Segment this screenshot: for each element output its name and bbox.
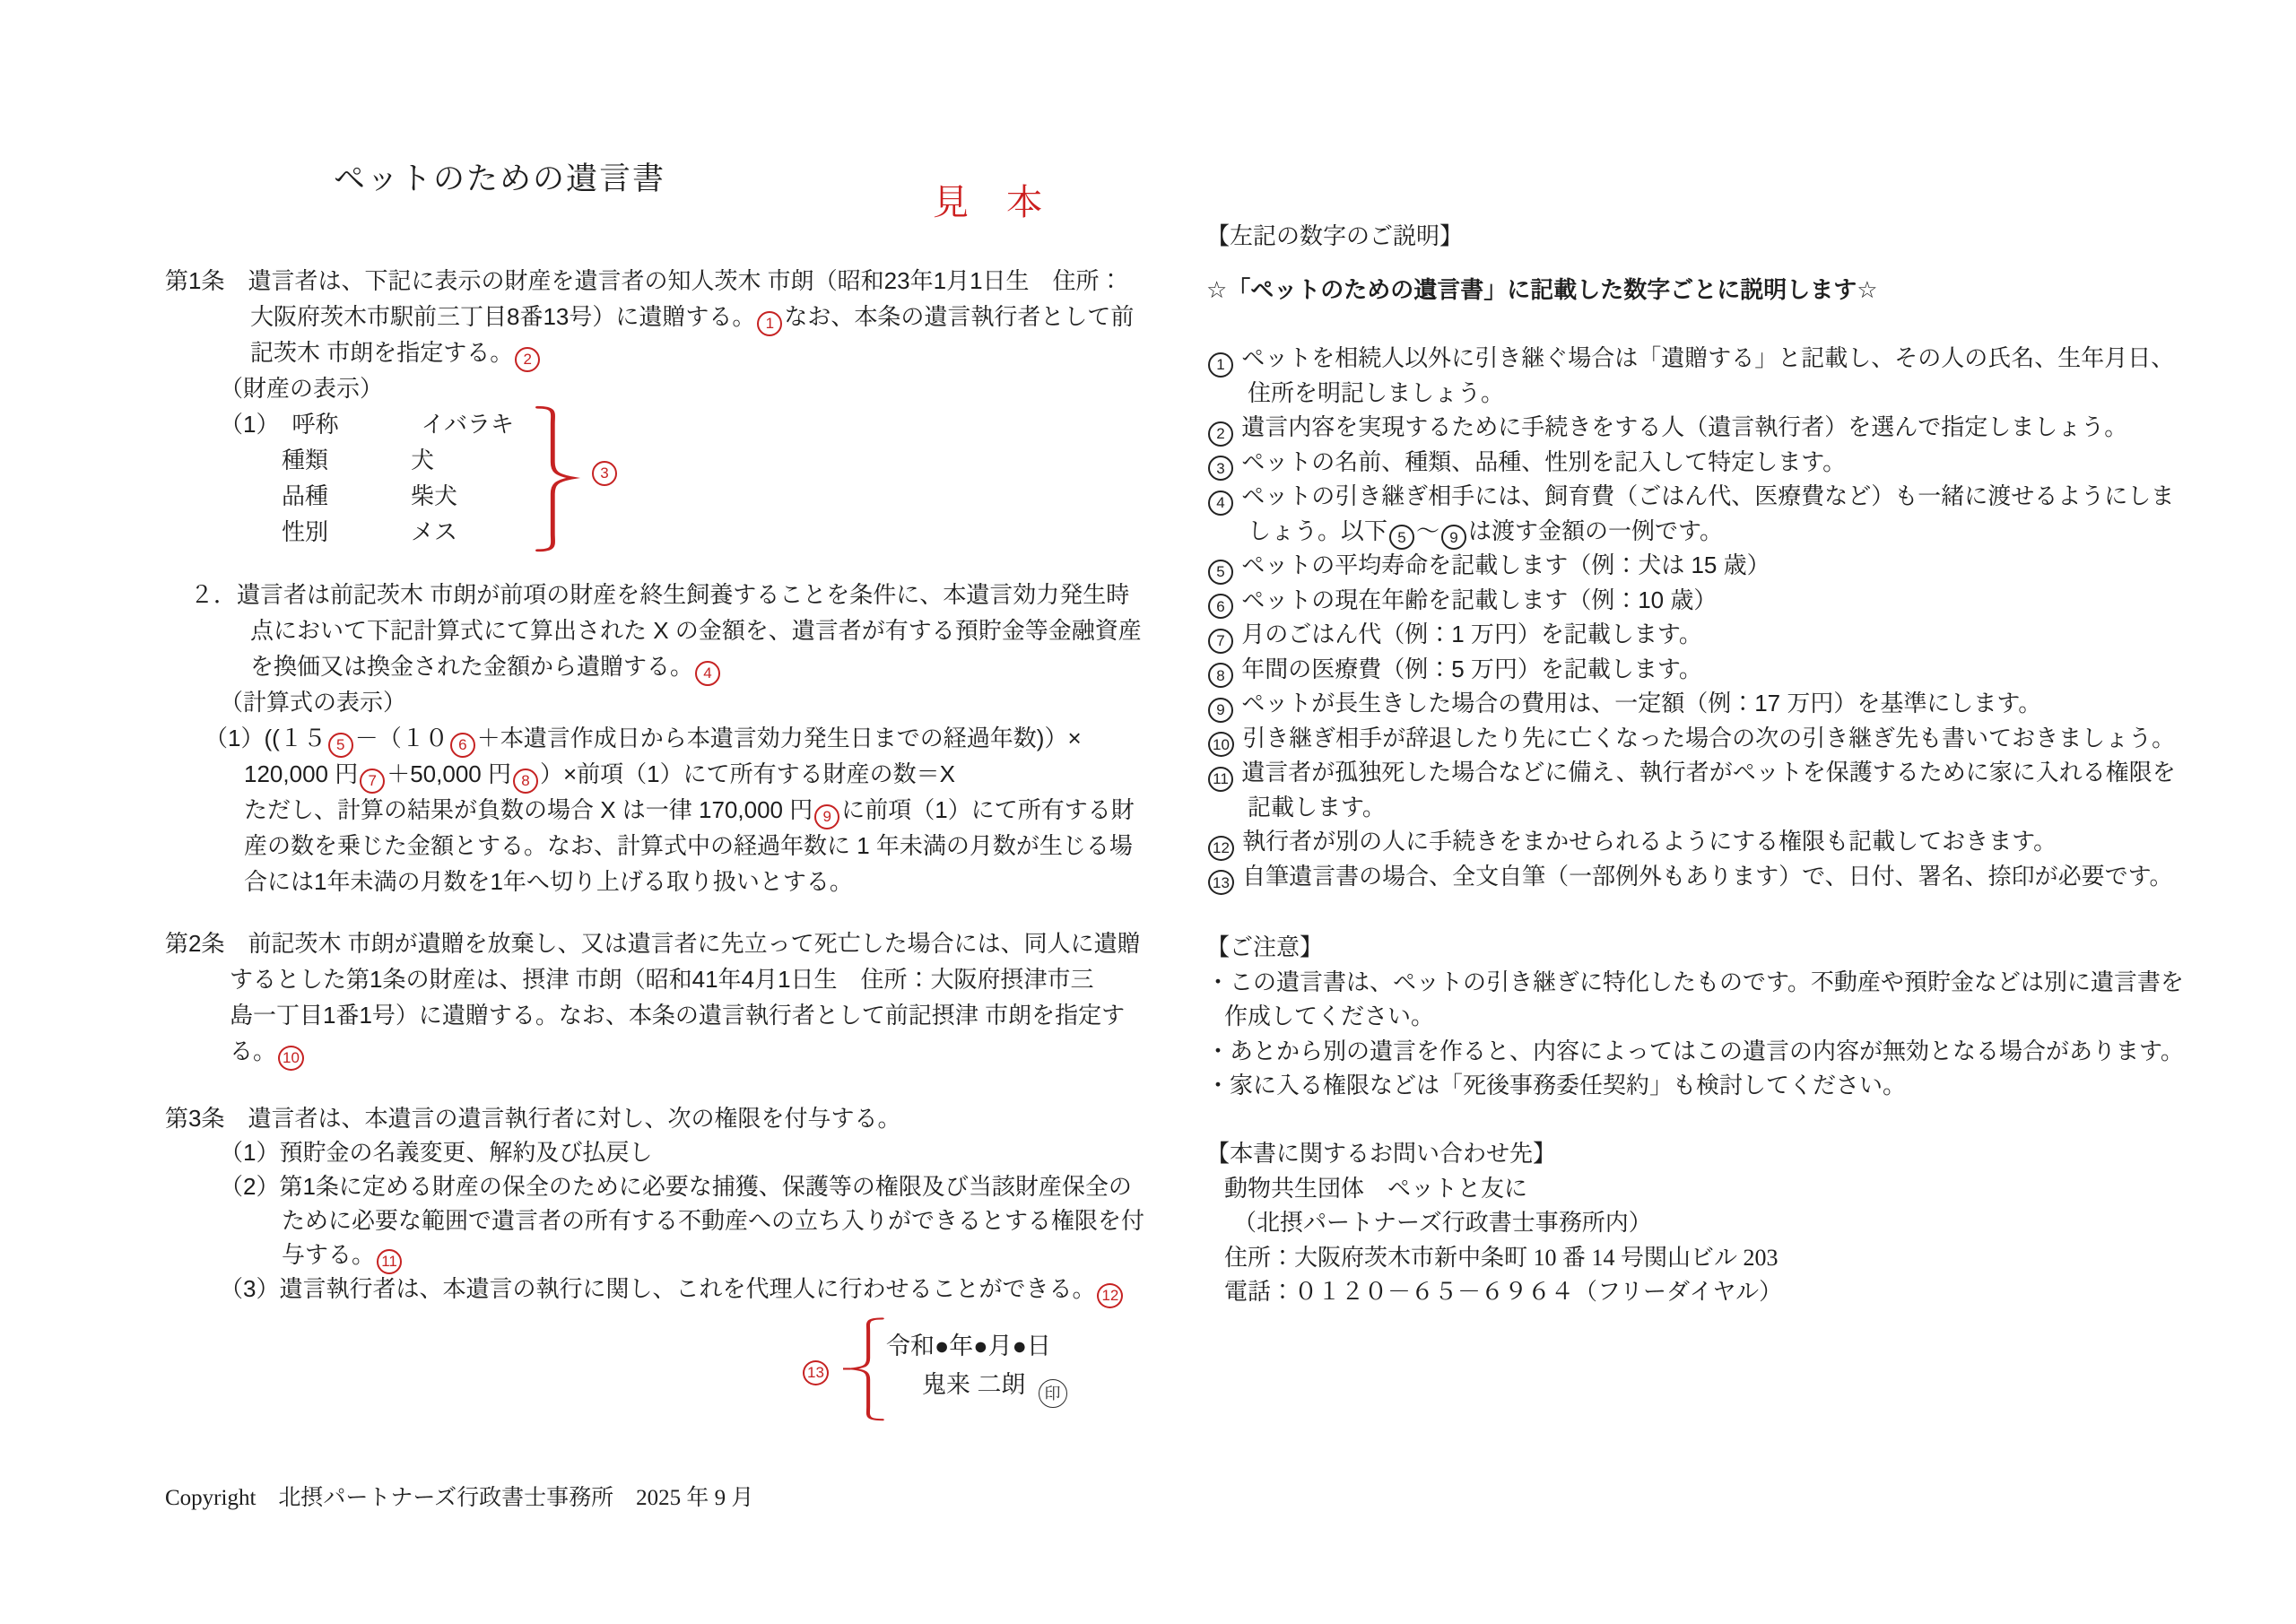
- text-line: 第1条 遺言者は、下記に表示の財産を遺言者の知人茨木 市朗（昭和23年1月1日生…: [165, 263, 1134, 299]
- text-line: ために必要な範囲で遺言者の所有する不動産への立ち入りができるとする権限を付: [282, 1203, 1144, 1238]
- text-line: 120,000 円7＋50,000 円8）×前項（1）にて所有する財産の数＝X: [244, 756, 1142, 792]
- text-line: するとした第1条の財産は、摂津 市朗（昭和41年4月1日生 住所：大阪府摂津市三: [230, 961, 1141, 997]
- sample-stamp: 見 本: [933, 174, 1043, 225]
- explanation-subheading: ☆「ペットのための遺言書」に記載した数字ごとに説明します☆: [1206, 273, 2238, 307]
- text-line: 2 遺言内容を実現するために手続きをする人（遺言執行者）を選んで指定しましょう。: [1206, 410, 2238, 445]
- text-line: 鬼来 二朗印: [922, 1366, 1069, 1404]
- text-line: ・家に入る権限などは「死後事務委任契約」も検討してください。: [1206, 1069, 2184, 1104]
- text-line: （財産の表示）: [220, 370, 1134, 406]
- circled-number: 4: [1208, 491, 1233, 516]
- contact-list: 動物共生団体 ペットと友に（北摂パートナーズ行政書士事務所内）住所：大阪府茨木市…: [1206, 1172, 1782, 1310]
- text-line: 4 ペットの引き継ぎ相手には、飼育費（ごはん代、医療費など）も一緒に渡せるように…: [1206, 479, 2238, 514]
- text-line: 5 ペットの平均寿命を記載します（例：犬は 15 歳）: [1206, 548, 2238, 583]
- text-line: しょう。以下5～9は渡す金額の一例です。: [1248, 514, 2238, 549]
- text-line: 10 引き継ぎ相手が辞退したり先に亡くなった場合の次の引き継ぎ先も書いておきまし…: [1206, 721, 2238, 756]
- text-line: ２．遺言者は前記茨木 市朗が前項の財産を終生飼養することを条件に、本遺言効力発生…: [190, 577, 1142, 612]
- circled-number: 1: [757, 311, 782, 336]
- text-line: ただし、計算の結果が負数の場合 X は一律 170,000 円9に前項（1）にて…: [244, 792, 1142, 828]
- circled-number: 10: [278, 1046, 304, 1071]
- copyright-line: Copyright 北摂パートナーズ行政書士事務所 2025 年 9 月: [165, 1480, 753, 1512]
- text-line: 第3条 遺言者は、本遺言の遺言執行者に対し、次の権限を付与する。: [165, 1101, 1144, 1135]
- circled-number: 5: [328, 733, 353, 758]
- circled-number: 8: [1208, 663, 1233, 688]
- article-1: 第1条 遺言者は、下記に表示の財産を遺言者の知人茨木 市朗（昭和23年1月1日生…: [165, 263, 1134, 550]
- caution-section: 【ご注意】 ・この遺言書は、ペットの引き継ぎに特化したものです。不動産や預貯金な…: [1206, 931, 2184, 1104]
- seal-icon: 印: [1039, 1379, 1067, 1408]
- text-line: （3）遺言執行者は、本遺言の執行に関し、これを代理人に行わせることができる。12: [220, 1272, 1144, 1306]
- text-line: （北摂パートナーズ行政書士事務所内）: [1233, 1206, 1782, 1241]
- article-1-clause-2: ２．遺言者は前記茨木 市朗が前項の財産を終生飼養することを条件に、本遺言効力発生…: [165, 577, 1142, 899]
- property-brace-icon: [531, 404, 581, 554]
- circled-number: 1: [1208, 352, 1233, 378]
- text-line: （計算式の表示）: [220, 684, 1142, 720]
- annotation-number-3: 3: [590, 453, 619, 486]
- text-line: 作成してください。: [1224, 1000, 2184, 1035]
- text-line: （1）((１５5－（１０6＋本遺言作成日から本遺言効力発生日までの経過年数)）×: [204, 720, 1142, 756]
- circled-number: 12: [1097, 1283, 1123, 1308]
- article-2: 第2条 前記茨木 市朗が遺贈を放棄し、又は遺言者に先立って死亡した場合には、同人…: [165, 925, 1141, 1069]
- left-curly-brace-icon: [843, 1316, 888, 1424]
- circled-number: 11: [377, 1249, 402, 1274]
- circled-number: 12: [1208, 836, 1234, 861]
- text-line: 記茨木 市朗を指定する。2: [250, 334, 1134, 370]
- annotation-number-13: 13: [801, 1352, 831, 1385]
- text-line: ・あとから別の遺言を作ると、内容によってはこの遺言の内容が無効となる場合がありま…: [1206, 1035, 2184, 1070]
- circled-number: 7: [360, 769, 385, 794]
- circled-number: 8: [513, 769, 538, 794]
- text-line: 7 月のごはん代（例：1 万円）を記載します。: [1206, 617, 2238, 652]
- text-line: 11 遺言者が孤独死した場合などに備え、執行者がペットを保護するために家に入れる…: [1206, 755, 2238, 790]
- signature-block: 令和●年●月●日鬼来 二朗印: [886, 1327, 1069, 1404]
- right-curly-brace-icon: [531, 404, 581, 554]
- text-line: 与する。11: [282, 1238, 1144, 1272]
- circled-number: 7: [1208, 629, 1233, 654]
- circled-number: 3: [1208, 456, 1233, 481]
- text-line: 住所を明記しましょう。: [1248, 376, 2238, 411]
- page: { "colors": { "accent_red": "#C62222", "…: [0, 0, 2296, 1624]
- text-line: 8 年間の医療費（例：5 万円）を記載します。: [1206, 652, 2238, 687]
- text-line: 第2条 前記茨木 市朗が遺贈を放棄し、又は遺言者に先立って死亡した場合には、同人…: [165, 925, 1141, 961]
- circled-number: 2: [1208, 421, 1233, 447]
- text-line: 12 執行者が別の人に手続きをまかせられるようにする権限も記載しておきます。: [1206, 824, 2238, 859]
- circled-number: 9: [1441, 525, 1466, 550]
- circled-number: 4: [695, 661, 720, 686]
- text-line: を換価又は換金された金額から遺贈する。4: [250, 648, 1142, 684]
- article-3: 第3条 遺言者は、本遺言の遺言執行者に対し、次の権限を付与する。（1）預貯金の名…: [165, 1101, 1144, 1306]
- text-line: 6 ペットの現在年齢を記載します（例：10 歳）: [1206, 583, 2238, 618]
- text-line: 大阪府茨木市駅前三丁目8番13号）に遺贈する。1なお、本条の遺言執行者として前: [250, 299, 1134, 334]
- text-line: る。10: [230, 1033, 1141, 1069]
- signature-brace-icon: [843, 1316, 888, 1424]
- text-line: 種類犬: [282, 442, 1134, 478]
- circled-number: 11: [1208, 767, 1233, 792]
- text-line: 点において下記計算式にて算出された X の金額を、遺言者が有する預貯金等金融資産: [250, 612, 1142, 648]
- contact-section: 【本書に関するお問い合わせ先】 動物共生団体 ペットと友に（北摂パートナーズ行政…: [1206, 1137, 1782, 1310]
- circled-number: 3: [592, 461, 617, 486]
- text-line: 住所：大阪府茨木市新中条町 10 番 14 号関山ビル 203: [1224, 1241, 1782, 1276]
- document-title: ペットのための遺言書: [334, 154, 665, 199]
- text-line: 3 ペットの名前、種類、品種、性別を記入して特定します。: [1206, 445, 2238, 480]
- text-line: 1 ペットを相続人以外に引き継ぐ場合は「遺贈する」と記載し、その人の氏名、生年月…: [1206, 341, 2238, 376]
- text-line: 令和●年●月●日: [886, 1327, 1069, 1366]
- text-line: 産の数を乗じた金額とする。なお、計算式中の経過年数に 1 年未満の月数が生じる場: [244, 828, 1142, 864]
- circled-number: 13: [1208, 870, 1234, 895]
- circled-number: 2: [515, 347, 540, 372]
- text-line: 動物共生団体 ペットと友に: [1224, 1172, 1782, 1207]
- circled-number: 5: [1389, 525, 1414, 550]
- text-line: （1）預貯金の名義変更、解約及び払戻し: [220, 1135, 1144, 1169]
- text-line: 記載します。: [1248, 790, 2238, 825]
- circled-number: 6: [450, 733, 475, 758]
- text-line: 9 ペットが長生きした場合の費用は、一定額（例：17 万円）を基準にします。: [1206, 686, 2238, 721]
- text-line: 性別メス: [282, 514, 1134, 550]
- caution-heading: 【ご注意】: [1206, 931, 2184, 966]
- text-line: 電話：０１２０－６５－６９６４（フリーダイヤル）: [1224, 1275, 1782, 1310]
- text-line: ・この遺言書は、ペットの引き継ぎに特化したものです。不動産や預貯金などは別に遺言…: [1206, 966, 2184, 1001]
- explanation-list: 1 ペットを相続人以外に引き継ぐ場合は「遺贈する」と記載し、その人の氏名、生年月…: [1206, 341, 2238, 893]
- circled-number: 10: [1208, 732, 1234, 757]
- text-line: 島一丁目1番1号）に遺贈する。なお、本条の遺言執行者として前記摂津 市朗を指定す: [230, 997, 1141, 1033]
- circled-number: 9: [1208, 698, 1233, 723]
- circled-number: 5: [1208, 560, 1233, 585]
- text-line: 13 自筆遺言書の場合、全文自筆（一部例外もあります）で、日付、署名、捺印が必要…: [1206, 859, 2238, 894]
- contact-heading: 【本書に関するお問い合わせ先】: [1206, 1137, 1782, 1172]
- text-line: 品種柴犬: [282, 478, 1134, 514]
- circled-number: 6: [1208, 594, 1233, 619]
- text-line: 合には1年未満の月数を1年へ切り上げる取り扱いとする。: [244, 864, 1142, 899]
- text-line: （2）第1条に定める財産の保全のために必要な捕獲、保護等の権限及び当該財産保全の: [220, 1169, 1144, 1203]
- text-line: （1）呼称イバラキ: [220, 406, 1134, 442]
- circled-number: 9: [814, 804, 839, 829]
- circled-number: 13: [803, 1360, 829, 1385]
- caution-list: ・この遺言書は、ペットの引き継ぎに特化したものです。不動産や預貯金などは別に遺言…: [1206, 966, 2184, 1104]
- explanation-column: 【左記の数字のご説明】 ☆「ペットのための遺言書」に記載した数字ごとに説明します…: [1206, 219, 2238, 893]
- explanation-heading: 【左記の数字のご説明】: [1206, 219, 2238, 253]
